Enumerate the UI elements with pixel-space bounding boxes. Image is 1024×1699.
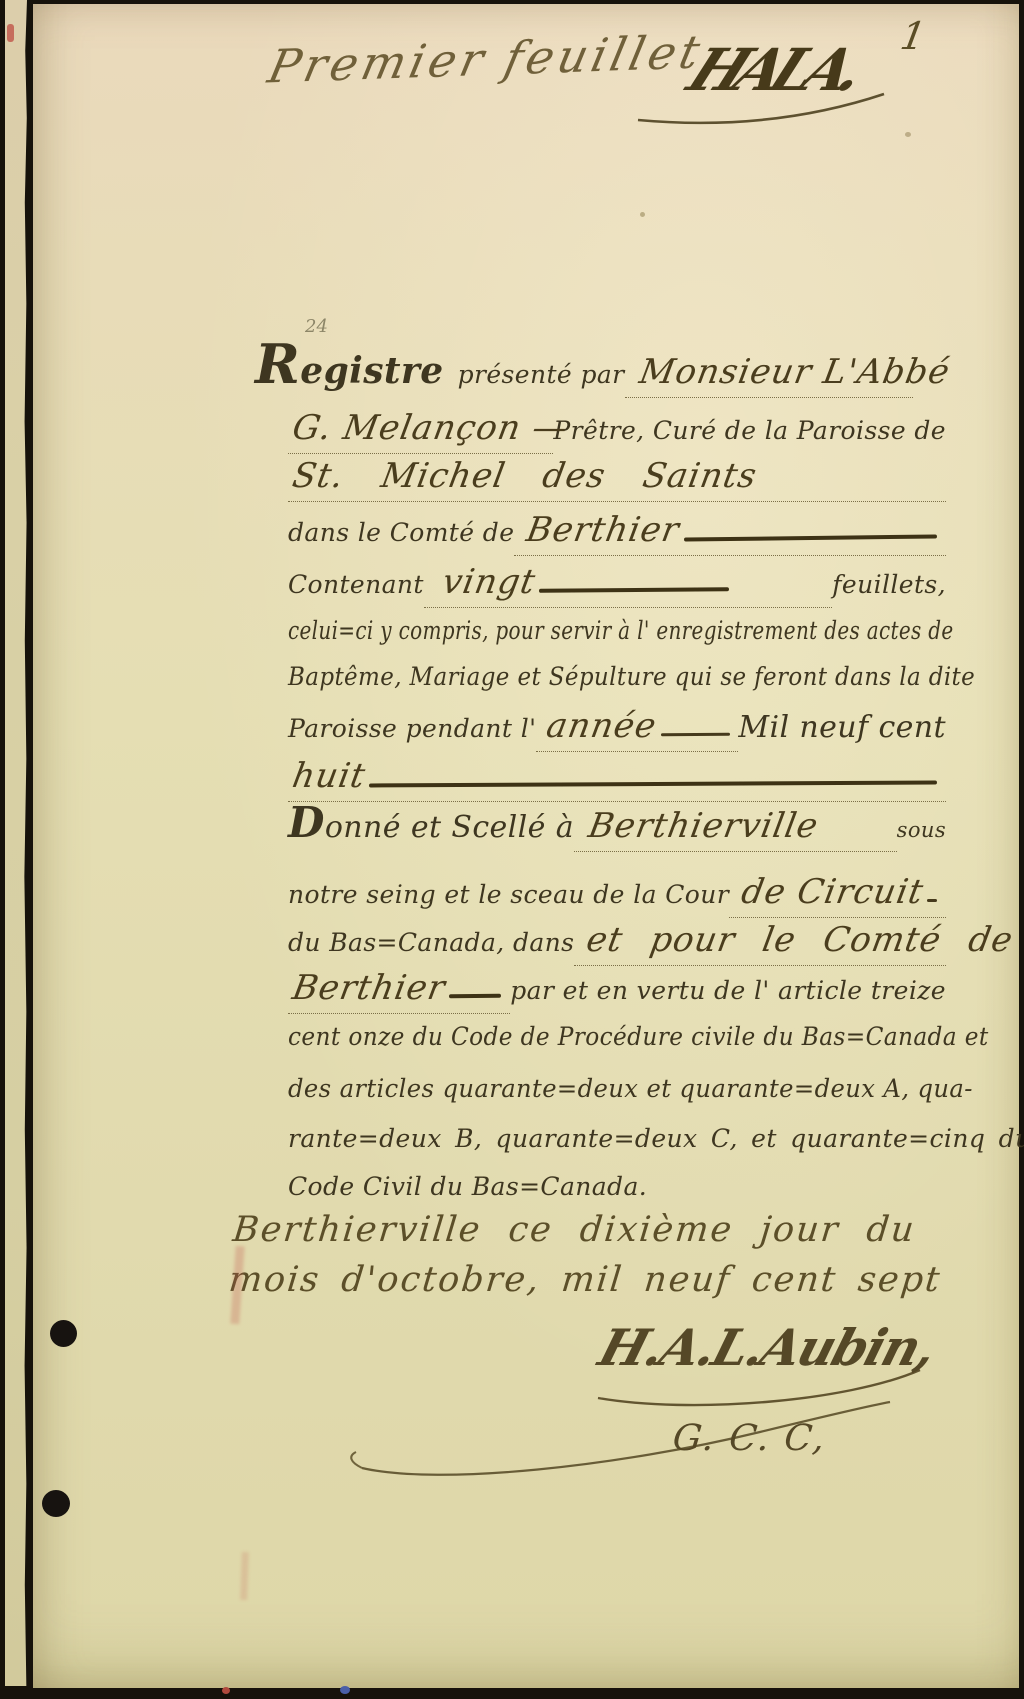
printed-sous: sous xyxy=(897,818,946,842)
fill-entry: Berthier xyxy=(288,968,510,1014)
form-line-berthier2: Berthier par et en vertu de l' article t… xyxy=(288,968,946,1014)
form-line-registre: Registre présenté par Monsieur L'Abbé xyxy=(255,350,913,398)
printed-contenant: Contenant xyxy=(288,570,424,599)
printed-registre: Registre xyxy=(255,350,444,392)
clerk-paraph: HALA. xyxy=(678,36,869,104)
hand-berthier2: Berthier xyxy=(289,968,448,1008)
printed-pretre-cure: Prêtre, Curé de la Paroisse de xyxy=(553,416,946,445)
fill-entry: vingt xyxy=(424,562,832,608)
hand-vingt: vingt xyxy=(439,562,538,602)
red-stain xyxy=(240,1552,249,1600)
ink-stroke xyxy=(684,534,937,541)
printed-notre-seing: notre seing et le sceau de la Cour xyxy=(288,880,729,909)
ink-stroke xyxy=(927,899,937,902)
form-line-huit: huit xyxy=(288,756,946,802)
hand-et-pour-le-comte: et pour le Comté de xyxy=(584,920,1017,960)
form-line-body1: celui=ci y compris, pour servir à l' enr… xyxy=(288,616,946,645)
hand-berthierville: Berthierville xyxy=(586,806,822,846)
printed-presente-par: présenté par xyxy=(458,360,625,389)
printed-mil-neuf-cent: Mil neuf cent xyxy=(738,710,946,745)
fill-entry: et pour le Comté de xyxy=(574,920,946,966)
register-page: Premier feuillet HALA. 1 24 Registre pré… xyxy=(33,4,1019,1688)
previous-page-torn-edge xyxy=(5,0,27,1686)
fill-entry: Berthierville xyxy=(574,806,897,852)
printed-par-et-en-vertu: par et en vertu de l' article treize xyxy=(510,976,946,1005)
printed-bapteme-mariage: Baptême, Mariage et Sépulture qui se fer… xyxy=(288,662,975,691)
document-scan: Premier feuillet HALA. 1 24 Registre pré… xyxy=(0,0,1024,1699)
printed-donne-scelle: Donné et Scellé à xyxy=(288,810,574,845)
blue-bottom-speck xyxy=(340,1686,350,1694)
signature-title: G. C. C, xyxy=(671,1418,829,1459)
ink-stroke xyxy=(661,733,730,737)
punch-hole xyxy=(50,1320,77,1347)
form-line-body4: des articles quarante=deux et quarante=d… xyxy=(288,1074,946,1103)
form-line-donne: Donné et Scellé à Berthierville sous xyxy=(288,806,946,852)
ink-stroke xyxy=(539,587,729,593)
fill-entry: huit xyxy=(288,756,946,802)
fill-entry: de Circuit xyxy=(729,872,946,918)
hand-berthier: Berthier xyxy=(524,510,683,550)
closing-place-date-2: mois d'octobre, mil neuf cent sept xyxy=(227,1260,943,1300)
printed-paroisse-pendant: Paroisse pendant l' xyxy=(288,714,536,743)
red-bottom-speck xyxy=(222,1687,230,1694)
hand-st-michel-des-saints: St. Michel des Saints xyxy=(289,456,760,496)
printed-des-articles: des articles quarante=deux et quarante=d… xyxy=(288,1074,973,1103)
printed-feuillets: feuillets, xyxy=(832,570,946,599)
header-annotation: Premier feuillet xyxy=(263,25,708,94)
hand-de-circuit: de Circuit xyxy=(739,872,927,912)
fill-entry: St. Michel des Saints xyxy=(288,456,946,502)
signature: H.A.L.Aubin, xyxy=(593,1318,942,1377)
ink-stroke xyxy=(449,994,501,998)
form-line-cour: notre seing et le sceau de la Cour de Ci… xyxy=(288,872,946,918)
hand-huit: huit xyxy=(289,756,368,796)
printed-cent-onze: cent onze du Code de Procédure civile du… xyxy=(288,1022,989,1051)
fill-entry: Berthier xyxy=(514,510,946,556)
form-line-comte: dans le Comté de Berthier xyxy=(288,510,946,556)
paper-speck xyxy=(905,132,911,137)
red-edge-mark xyxy=(7,24,14,42)
hand-annee: année xyxy=(544,706,660,746)
pencil-note: 24 xyxy=(305,316,328,337)
punch-hole xyxy=(42,1490,70,1517)
form-line-body2: Baptême, Mariage et Sépulture qui se fer… xyxy=(288,662,946,691)
form-line-body3: cent onze du Code de Procédure civile du… xyxy=(288,1022,946,1051)
printed-rante-deux: rante=deux B, quarante=deux C, et quaran… xyxy=(288,1124,1024,1153)
paper-speck xyxy=(640,212,645,217)
closing-place-date-1: Berthierville ce dixième jour du xyxy=(231,1210,918,1250)
fill-entry: année xyxy=(536,706,738,752)
fill-entry: Monsieur L'Abbé xyxy=(625,352,913,398)
printed-dans-le-comte: dans le Comté de xyxy=(288,518,514,547)
form-line-cure: G. Melançon — Prêtre, Curé de la Paroiss… xyxy=(288,408,946,454)
page-number: 1 xyxy=(897,14,930,58)
form-line-paroisse: St. Michel des Saints xyxy=(288,456,946,502)
form-line-feuillets: Contenant vingt feuillets, xyxy=(288,562,946,608)
fill-entry: G. Melançon — xyxy=(288,408,553,454)
form-line-body5: rante=deux B, quarante=deux C, et quaran… xyxy=(288,1124,946,1153)
form-line-annee: Paroisse pendant l' année Mil neuf cent xyxy=(288,706,946,752)
form-line-body6: Code Civil du Bas=Canada. xyxy=(288,1172,946,1201)
printed-du-bas-canada: du Bas=Canada, dans xyxy=(288,928,574,957)
printed-code-civil: Code Civil du Bas=Canada. xyxy=(288,1172,647,1201)
hand-melancon: G. Melançon — xyxy=(289,408,571,448)
printed-celui-ci: celui=ci y compris, pour servir à l' enr… xyxy=(288,616,954,645)
hand-monsieur-labbe: Monsieur L'Abbé xyxy=(636,352,953,392)
form-line-bas-canada: du Bas=Canada, dans et pour le Comté de xyxy=(288,920,946,966)
ink-stroke xyxy=(369,781,937,788)
